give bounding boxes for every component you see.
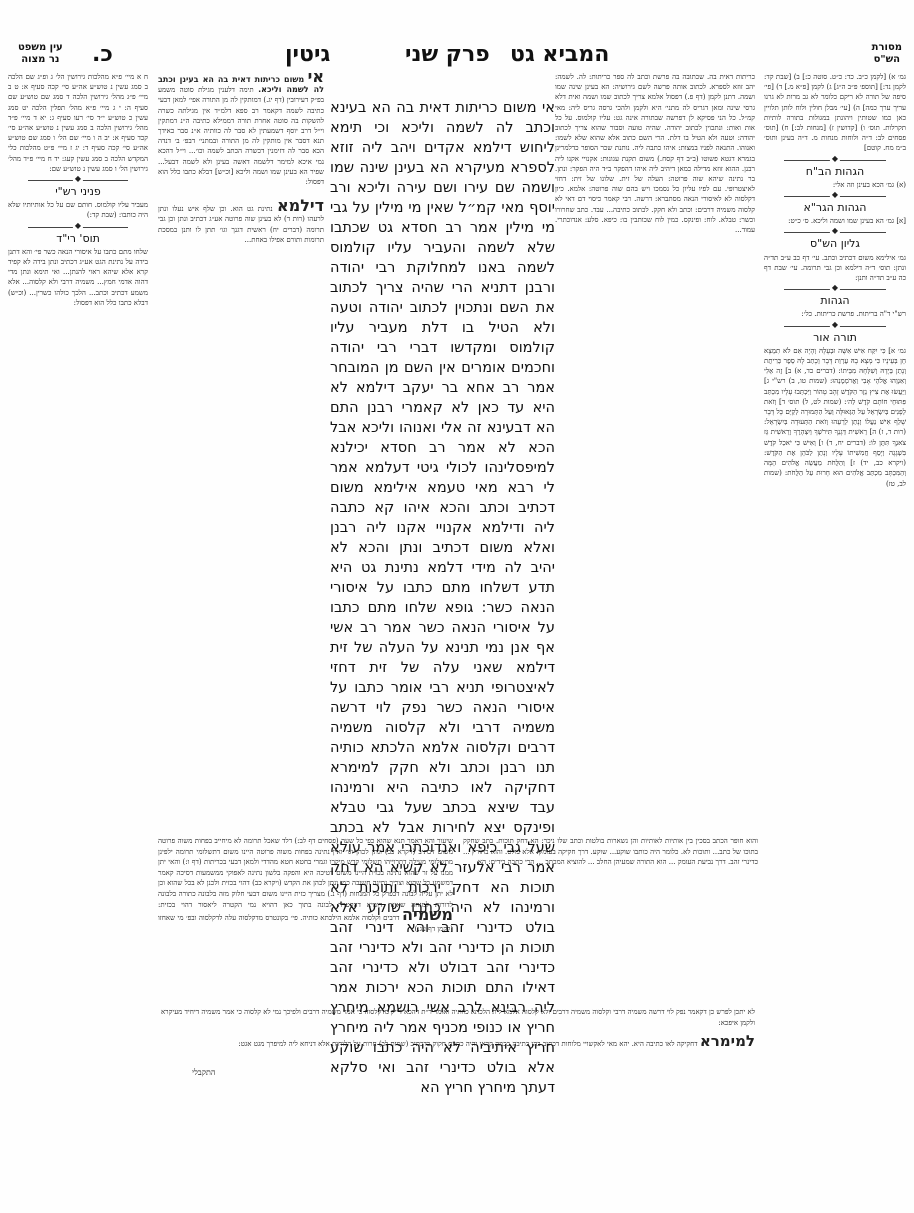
catchword: התקבלי — [192, 1068, 215, 1077]
gilyon-hashas-text: גמ׳ אילימא משום דכתיב וכתב. עי׳ דף כב ע״… — [764, 253, 906, 284]
mesoret-text: גמ׳ א) [לקמן כ״ב. כד: כ״ט. סוטה כ:] ב) [… — [764, 72, 906, 154]
section-divider — [784, 160, 886, 161]
pninei-rashi-text: מעביר עליו קולמוס. חותם שם על כל אותיותי… — [8, 200, 148, 220]
tosafot-text: תימה דלענין מגילת סוטה משמע בפ״ק דעירובי… — [158, 86, 324, 186]
lower-commentary: והוא חופר הכתב בסכין בין אותיות לאותיות … — [158, 836, 758, 934]
ein-mishpat-text: ח א מיי׳ פ״א מהלכות גירושין הל׳ ג ופ״ג ש… — [8, 72, 148, 174]
section-title-hagahot: הגהות — [764, 296, 906, 306]
mishmei-headword: משמיה — [402, 905, 453, 924]
ein-mishpat-heading: עין משפט נר מצוה — [18, 42, 63, 66]
section-title-torah-or: תורה אור — [764, 333, 906, 343]
folio-number: כ. — [92, 42, 113, 67]
hagahot-habach-text: (א) גמ׳ הכא בעינן וזה אלי: — [764, 180, 906, 190]
gemara-main-text: אי משום כריתות דאית בה הא בעינא וכתב לה … — [330, 98, 555, 1098]
tosafot-headword: אי — [308, 72, 324, 86]
chapter-name: המביא גט — [510, 42, 609, 67]
lower-tosafot-block: שיעור והא דאמר תנא שהוא כפי כל שעה (פסחי… — [158, 836, 453, 934]
section-divider — [784, 196, 886, 197]
page-header: עין משפט נר מצוה כ. גיטין פרק שני המביא … — [0, 40, 914, 70]
section-divider — [28, 227, 128, 228]
rashi-column: כריתות דאית בה. שכתובה בה פרשת וכתב לה ס… — [555, 72, 755, 952]
torah-or-text: גמ׳ א] כִּי יִקַּח אִישׁ אִשָּׁה וּבְעָל… — [764, 346, 906, 489]
section-divider — [784, 326, 886, 327]
right-margin-column: גמ׳ א) [לקמן כ״ב. כד: כ״ט. סוטה כ:] ב) [… — [764, 72, 906, 1062]
mimra-headword: למימרא — [700, 1032, 755, 1050]
lower-rashi-block: והוא חופר הכתב בסכין בין אותיות לאותיות … — [463, 836, 758, 934]
hagahot-text: רש"י ד"ה בריתות. פרשת כריתות. כל׳: — [764, 309, 906, 319]
tosafot-column: אי משום כריתות דאית בה הא בעינן וכתב לה … — [158, 72, 324, 772]
tosafot-full-line: לא יתכן לפרש כן דקאמר נפק לוי דרשה משמיה… — [160, 1007, 755, 1029]
rashi-text: כריתות דאית בה. שכתובה בה פרשת וכתב לה ס… — [555, 72, 755, 235]
section-divider — [28, 180, 128, 181]
section-title-hagahot-habach: הגהות הב"ח — [764, 167, 906, 177]
section-title-pninei-rashi: פניני רש"י — [8, 187, 148, 197]
section-divider — [784, 232, 886, 233]
left-margin-column: ח א מיי׳ פ״א מהלכות גירושין הל׳ ג ופ״ג ש… — [8, 72, 148, 792]
section-title-tos-rid: תוס' רי"ד — [8, 234, 148, 244]
tractate-name: גיטין — [285, 42, 330, 67]
hagahot-hagra-text: [א] גמ׳ הא בעינן שמו ושמה וליכא. ס׳ כ״ט: — [764, 216, 906, 226]
lower-tosafot-text: שיעור והא דאמר תנא שהוא כפי כל שעה (פסחי… — [158, 837, 453, 909]
section-title-hagahot-hagra: הגהות הגר"א — [764, 203, 906, 213]
section-divider — [784, 289, 886, 290]
chapter-label: פרק שני — [405, 42, 490, 67]
tos-rid-text: שלחו מתם כתבו על איסורי הנאה כשר פי׳ והא… — [8, 247, 148, 308]
tosafot-footer: לא יתכן לפרש כן דקאמר נפק לוי דרשה משמיה… — [160, 1000, 755, 1057]
tosafot-headword-dilma: דילמא — [277, 196, 324, 215]
section-title-gilyon-hashas: גליון הש"ס — [764, 239, 906, 249]
mimra-text: דחקיקה לאו כתיבה היא. יהא מאי לאקשויי מל… — [238, 1040, 697, 1048]
mesoret-hashas-heading: מסורת הש"ס — [872, 42, 902, 66]
